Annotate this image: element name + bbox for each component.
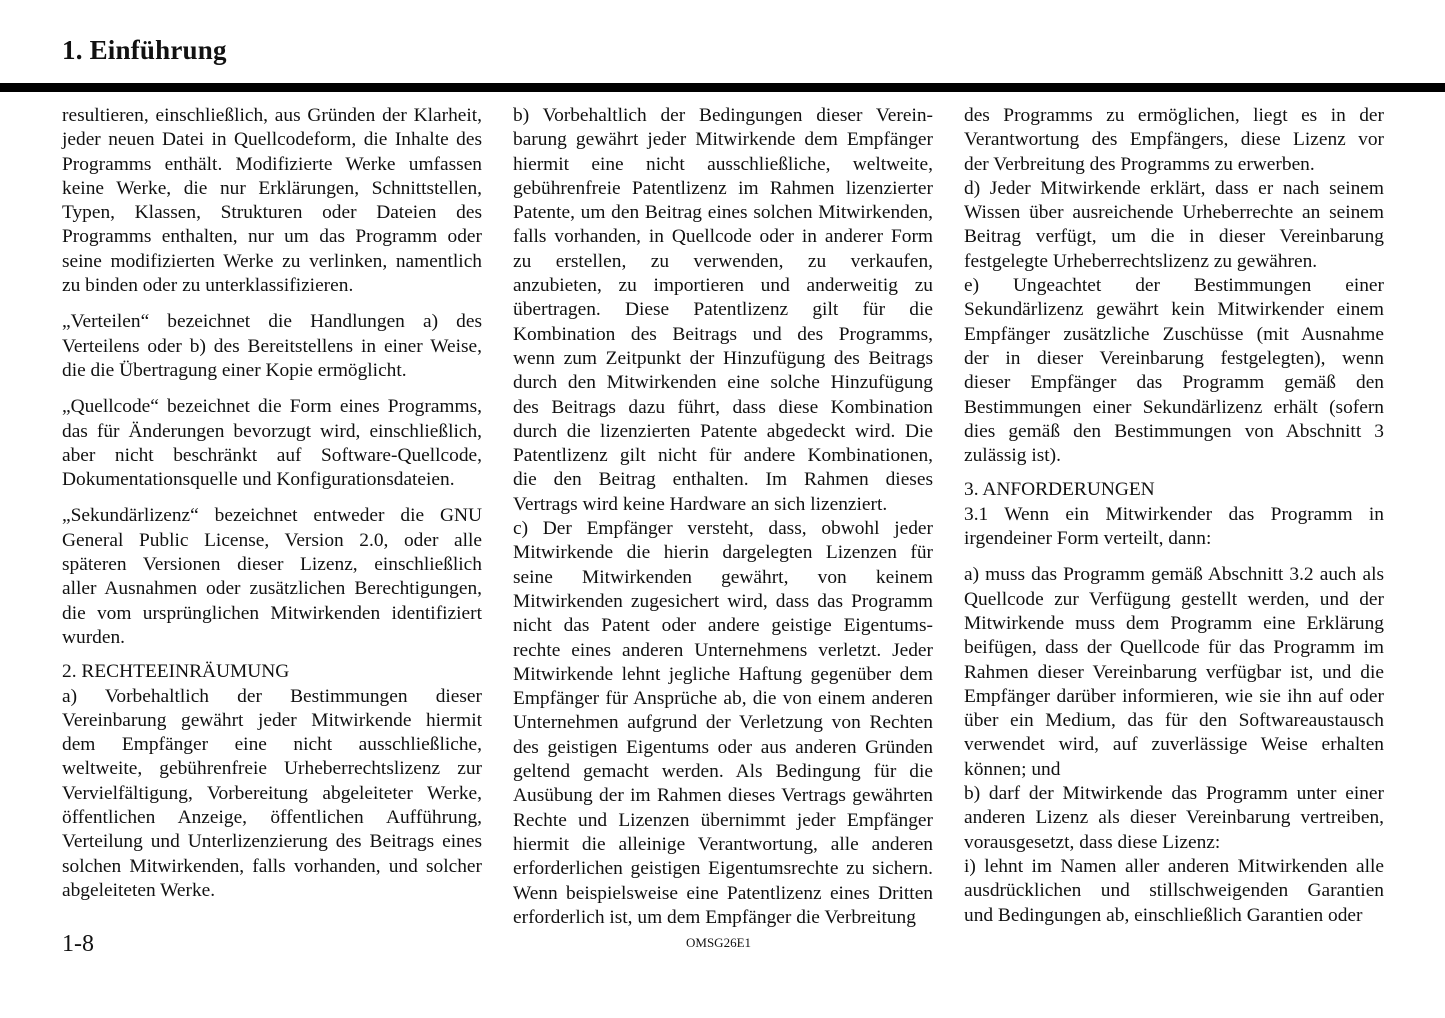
text-line: anderen Lizenz als dieser Vereinbarung v…	[964, 806, 1384, 830]
paragraph: resultieren, einschließlich, aus Gründen…	[62, 104, 482, 298]
text-line: dies gemäß den Bestimmungen von Abschnit…	[964, 420, 1384, 444]
header-rule	[0, 83, 1445, 92]
text-column-3: des Programms zu ermöglichen, liegt es i…	[964, 104, 1384, 928]
text-line: Empfänger darüber informieren, wie sie i…	[964, 685, 1384, 709]
text-line: aller Ausnahmen oder zusätzlichen Berech…	[62, 577, 482, 601]
text-line: seine modifizierten Werke zu verlinken, …	[62, 250, 482, 274]
text-line: die den Beitrag enthalten. Im Rahmen die…	[513, 468, 933, 492]
text-line: verwendet wird, auf zuverlässige Weise e…	[964, 733, 1384, 757]
text-line: Kombination des Beitrags und des Program…	[513, 323, 933, 347]
text-line: zu erstellen, zu verwenden, zu verkaufen…	[513, 250, 933, 274]
text-line: seine Mitwirkenden gewährt, von keinem	[513, 566, 933, 590]
text-line: Wissen über ausreichende Urheberrechte a…	[964, 201, 1384, 225]
paragraph: b) Vorbehaltlich der Bedingungen dieser …	[513, 104, 933, 517]
paragraph: „Sekundärlizenz“ bezeichnet entweder die…	[62, 504, 482, 650]
paragraph: b) darf der Mitwirkende das Programm unt…	[964, 782, 1384, 855]
text-line: Verteilung und Unterlizenzierung des Bei…	[62, 830, 482, 854]
text-line: der Verbreitung des Programms zu erwerbe…	[964, 153, 1384, 177]
paragraph: des Programms zu ermöglichen, liegt es i…	[964, 104, 1384, 177]
text-line: Vereinbarung gewährt jeder Mitwirkende h…	[62, 709, 482, 733]
text-line: können; und	[964, 758, 1384, 782]
text-line: keine Werke, die nur Erklärungen, Schnit…	[62, 177, 482, 201]
text-line: Wenn beispielsweise eine Patentlizenz ei…	[513, 882, 933, 906]
text-line: Ausübung der im Rahmen dieses Vertrags g…	[513, 784, 933, 808]
text-line: Mitwirkende muss dem Programm eine Erklä…	[964, 612, 1384, 636]
section-heading: 2. RECHTEEINRÄUMUNG	[62, 660, 482, 684]
text-line: vorausgesetzt, dass diese Lizenz:	[964, 831, 1384, 855]
text-line: durch den Mitwirkenden eine solche Hinzu…	[513, 371, 933, 395]
text-line: aber nicht beschränkt auf Software-Quell…	[62, 444, 482, 468]
text-line: Beitrag verfügt, um die in dieser Verein…	[964, 225, 1384, 249]
text-line: zulässig ist).	[964, 444, 1384, 468]
text-line: beifügen, dass der Quellcode für das Pro…	[964, 636, 1384, 660]
text-line: i) lehnt im Namen aller anderen Mitwirke…	[964, 855, 1384, 879]
text-line: öffentlichen Anzeige, öffentlichen Auffü…	[62, 806, 482, 830]
text-line: Unternehmen aufgrund der Verletzung von …	[513, 711, 933, 735]
text-line: des geistigen Eigentums oder aus anderen…	[513, 736, 933, 760]
text-line: weltweite, gebührenfreie Urheberrechtsli…	[62, 757, 482, 781]
text-line: festgelegte Urheberrechtslizenz zu gewäh…	[964, 250, 1384, 274]
page-title: 1. Einführung	[62, 32, 227, 68]
paragraph: e) Ungeachtet der Bestimmungen einerSeku…	[964, 274, 1384, 468]
text-line: b) Vorbehaltlich der Bedingungen dieser …	[513, 104, 933, 128]
text-line: Verteilens oder b) des Bereitstellens in…	[62, 335, 482, 359]
text-line: des Programms zu ermöglichen, liegt es i…	[964, 104, 1384, 128]
text-line: Quellcode zur Verfügung gestellt werden,…	[964, 588, 1384, 612]
text-column-1: resultieren, einschließlich, aus Gründen…	[62, 104, 482, 903]
text-line: anzubieten, zu importieren und anderweit…	[513, 274, 933, 298]
text-line: des Beitrags dazu führt, dass diese Komb…	[513, 396, 933, 420]
text-line: die vom ursprünglichen Mitwirkenden iden…	[62, 602, 482, 626]
text-line: „Sekundärlizenz“ bezeichnet entweder die…	[62, 504, 482, 528]
text-line: übertragen. Diese Patentlizenz gilt für …	[513, 298, 933, 322]
text-line: Mitwirkende die hierin dargelegten Lizen…	[513, 541, 933, 565]
text-line: rechte eines anderen Unternehmens verlet…	[513, 639, 933, 663]
text-line: a) Vorbehaltlich der Bestimmungen dieser	[62, 685, 482, 709]
text-line: der in dieser Vereinbarung festgelegten)…	[964, 347, 1384, 371]
text-line: hiermit die alleinige Verantwortung, all…	[513, 833, 933, 857]
text-line: Sekundärlizenz gewährt kein Mitwirkender…	[964, 298, 1384, 322]
text-line: ausdrücklichen und stillschweigenden Gar…	[964, 879, 1384, 903]
text-line: „Verteilen“ bezeichnet die Handlungen a)…	[62, 310, 482, 334]
text-line: wenn zum Zeitpunkt der Hinzufügung des B…	[513, 347, 933, 371]
text-line: irgendeiner Form verteilt, dann:	[964, 527, 1384, 551]
text-line: barung gewährt jeder Mitwirkende dem Emp…	[513, 128, 933, 152]
text-line: das für Änderungen bevorzugt wird, einsc…	[62, 420, 482, 444]
page-number: 1-8	[62, 929, 94, 959]
text-line: dem Empfänger eine nicht ausschließliche…	[62, 733, 482, 757]
text-line: über ein Medium, das für den Softwareaus…	[964, 709, 1384, 733]
text-line: Rahmen dieser Vereinbarung verfügbar ist…	[964, 661, 1384, 685]
paragraph: d) Jeder Mitwirkende erklärt, dass er na…	[964, 177, 1384, 274]
text-line: resultieren, einschließlich, aus Gründen…	[62, 104, 482, 128]
text-line: Rechte und Lizenzen übernimmt jeder Empf…	[513, 809, 933, 833]
paragraph: c) Der Empfänger versteht, dass, obwohl …	[513, 517, 933, 930]
text-line: zu binden oder zu unterklassifizieren.	[62, 274, 482, 298]
text-line: e) Ungeachtet der Bestimmungen einer	[964, 274, 1384, 298]
text-line: c) Der Empfänger versteht, dass, obwohl …	[513, 517, 933, 541]
text-line: jeder neuen Datei in Quellcodeform, die …	[62, 128, 482, 152]
text-line: Bestimmungen einer Sekundärlizenz erhält…	[964, 396, 1384, 420]
text-line: „Quellcode“ bezeichnet die Form eines Pr…	[62, 395, 482, 419]
text-line: dieser Empfänger das Programm gemäß den	[964, 371, 1384, 395]
text-line: späteren Versionen dieser Lizenz, einsch…	[62, 553, 482, 577]
text-line: die die Übertragung einer Kopie ermöglic…	[62, 359, 482, 383]
text-line: wurden.	[62, 626, 482, 650]
text-line: hiermit eine nicht ausschließliche, welt…	[513, 153, 933, 177]
text-line: Patentlizenz gilt nicht für andere Kombi…	[513, 444, 933, 468]
text-line: Patente, um den Beitrag eines solchen Mi…	[513, 201, 933, 225]
text-line: 3.1 Wenn ein Mitwirkender das Programm i…	[964, 503, 1384, 527]
paragraph: i) lehnt im Namen aller anderen Mitwirke…	[964, 855, 1384, 928]
text-line: gebührenfreie Patentlizenz im Rahmen liz…	[513, 177, 933, 201]
section-block: 3. ANFORDERUNGEN3.1 Wenn ein Mitwirkende…	[964, 478, 1384, 551]
text-line: Typen, Klassen, Strukturen oder Dateien …	[62, 201, 482, 225]
text-line: solchen Mitwirkenden, falls vorhanden, u…	[62, 855, 482, 879]
text-line: Vervielfältigung, Vorbereitung abgeleite…	[62, 782, 482, 806]
text-line: Mitwirkenden zugesichert wird, dass das …	[513, 590, 933, 614]
text-line: geltend gemacht werden. Als Bedingung fü…	[513, 760, 933, 784]
text-line: falls vorhanden, in Quellcode oder in an…	[513, 225, 933, 249]
paragraph: a) muss das Programm gemäß Abschnitt 3.2…	[964, 563, 1384, 782]
text-line: b) darf der Mitwirkende das Programm unt…	[964, 782, 1384, 806]
text-line: nicht das Patent oder andere geistige Ei…	[513, 614, 933, 638]
document-code: OMSG26E1	[686, 934, 751, 952]
text-line: Programms enthält. Modifizierte Werke um…	[62, 153, 482, 177]
text-line: Empfänger für Ansprüche ab, die von eine…	[513, 687, 933, 711]
text-line: Mitwirkende lehnt jegliche Haftung gegen…	[513, 663, 933, 687]
text-line: und Bedingungen ab, einschließlich Garan…	[964, 904, 1384, 928]
text-line: Empfänger zusätzliche Zuschüsse (mit Aus…	[964, 323, 1384, 347]
text-line: abgeleiteten Werke.	[62, 879, 482, 903]
text-line: durch die lizenzierten Patente abgedeckt…	[513, 420, 933, 444]
paragraph: „Quellcode“ bezeichnet die Form eines Pr…	[62, 395, 482, 492]
text-line: erforderlichen geistigen Eigentumsrechte…	[513, 857, 933, 881]
section-block: 2. RECHTEEINRÄUMUNGa) Vorbehaltlich der …	[62, 660, 482, 903]
text-line: a) muss das Programm gemäß Abschnitt 3.2…	[964, 563, 1384, 587]
text-line: Verantwortung des Empfängers, diese Lize…	[964, 128, 1384, 152]
text-line: Vertrags wird keine Hardware an sich liz…	[513, 493, 933, 517]
text-line: d) Jeder Mitwirkende erklärt, dass er na…	[964, 177, 1384, 201]
text-line: General Public License, Version 2.0, ode…	[62, 529, 482, 553]
section-heading: 3. ANFORDERUNGEN	[964, 478, 1384, 502]
text-line: Programms enthalten, nur um das Programm…	[62, 225, 482, 249]
text-line: Dokumentationsquelle und Konfigurationsd…	[62, 468, 482, 492]
paragraph: „Verteilen“ bezeichnet die Handlungen a)…	[62, 310, 482, 383]
text-column-2: b) Vorbehaltlich der Bedingungen dieser …	[513, 104, 933, 930]
text-line: erforderlich ist, um dem Empfänger die V…	[513, 906, 933, 930]
